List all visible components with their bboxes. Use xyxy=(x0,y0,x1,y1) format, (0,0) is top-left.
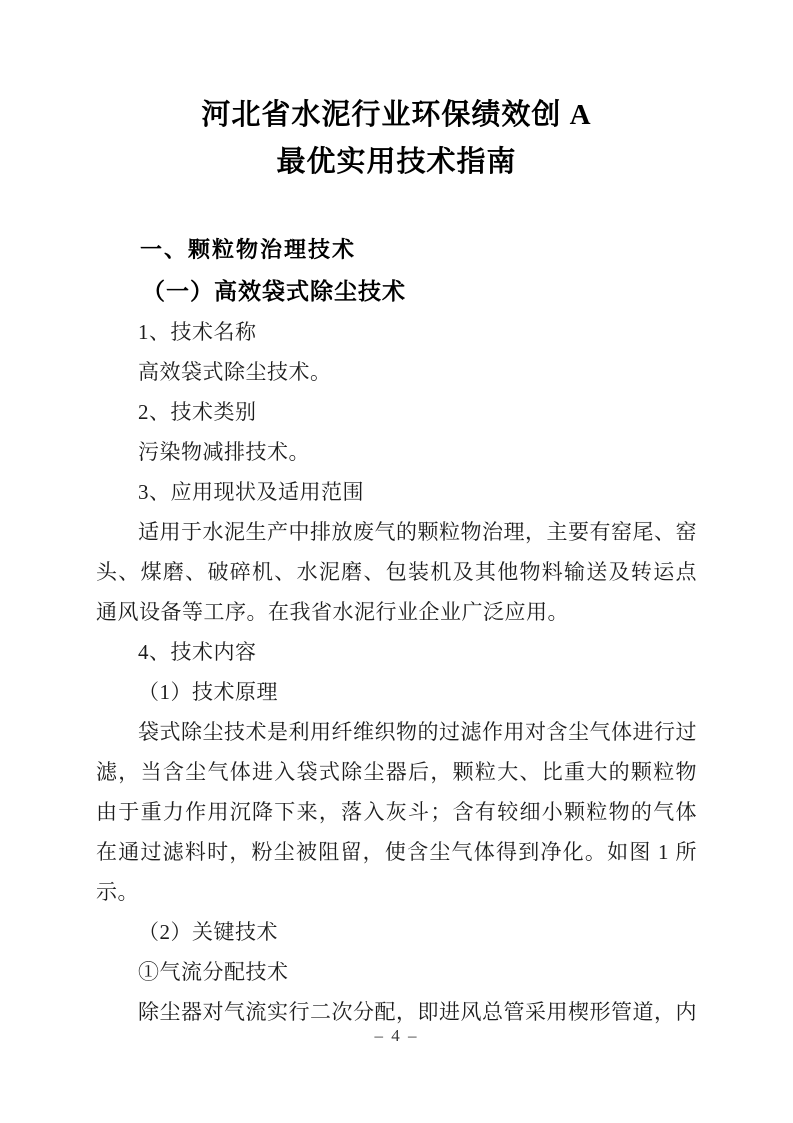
paragraph-application-scope: 适用于水泥生产中排放废气的颗粒物治理，主要有窑尾、窑头、煤磨、破碎机、水泥磨、包… xyxy=(96,512,697,632)
page-number: – 4 – xyxy=(0,1026,793,1046)
paragraph-technology-category: 污染物减排技术。 xyxy=(96,432,697,472)
paragraph-application-scope-label: 3、应用现状及适用范围 xyxy=(96,472,697,512)
paragraph-key-technology-label: （2）关键技术 xyxy=(96,912,697,952)
paragraph-technical-principle-label: （1）技术原理 xyxy=(96,672,697,712)
section-heading: 一、颗粒物治理技术 xyxy=(96,230,697,270)
document-title: 河北省水泥行业环保绩效创 A 最优实用技术指南 xyxy=(96,92,697,186)
subsection-heading: （一）高效袋式除尘技术 xyxy=(96,272,697,312)
paragraph-technology-content-label: 4、技术内容 xyxy=(96,632,697,672)
document-title-line2: 最优实用技术指南 xyxy=(96,139,697,186)
paragraph-technical-principle: 袋式除尘技术是利用纤维织物的过滤作用对含尘气体进行过滤，当含尘气体进入袋式除尘器… xyxy=(96,712,697,912)
paragraph-technology-name-label: 1、技术名称 xyxy=(96,312,697,352)
paragraph-technology-category-label: 2、技术类别 xyxy=(96,392,697,432)
document-body: 河北省水泥行业环保绩效创 A 最优实用技术指南 一、颗粒物治理技术 （一）高效袋… xyxy=(96,0,697,1032)
document-page: 河北省水泥行业环保绩效创 A 最优实用技术指南 一、颗粒物治理技术 （一）高效袋… xyxy=(0,0,793,1123)
paragraph-technology-name: 高效袋式除尘技术。 xyxy=(96,352,697,392)
document-title-line1: 河北省水泥行业环保绩效创 A xyxy=(96,92,697,139)
paragraph-airflow-distribution-label: ①气流分配技术 xyxy=(96,952,697,992)
